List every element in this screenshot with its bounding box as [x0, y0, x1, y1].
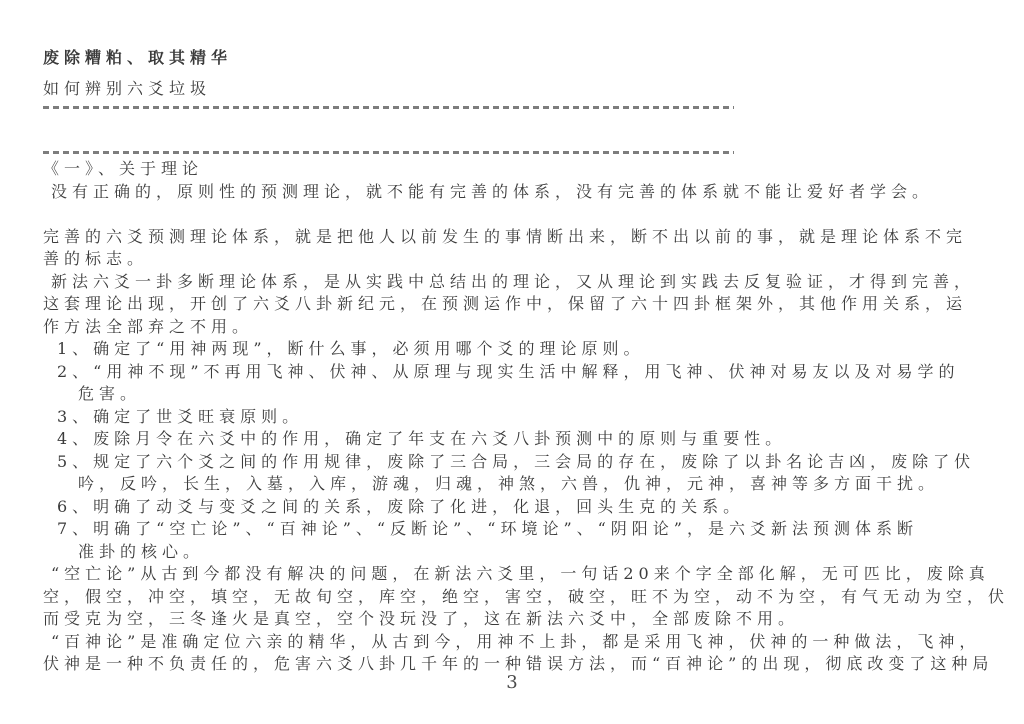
text-line: 作方法全部弃之不用。 — [43, 316, 1003, 339]
text-line: 3、确定了世爻旺衰原则。 — [43, 406, 1003, 429]
text-line: 《一》、关于理论 — [43, 158, 1003, 181]
page-number: 3 — [0, 672, 1024, 693]
text-line: 4、废除月令在六爻中的作用，确定了年支在六爻八卦预测中的原则与重要性。 — [43, 428, 1003, 451]
document-page: 废除糟粕、取其精华 如何辨别六爻垃圾 《一》、关于理论没有正确的，原则性的预测理… — [0, 0, 1024, 724]
text-line: 而受克为空，三冬逢火是真空，空个没玩没了，这在新法六爻中，全部废除不用。 — [43, 608, 1003, 631]
document-header: 废除糟粕、取其精华 如何辨别六爻垃圾 — [43, 42, 232, 104]
text-line: 善的标志。 — [43, 248, 1003, 271]
text-line: 6、明确了动爻与变爻之间的关系，废除了化进，化退，回头生克的关系。 — [43, 496, 1003, 519]
header-title-line-1: 废除糟粕、取其精华 — [43, 42, 232, 73]
text-line: 7、明确了“空亡论”、“百神论”、“反断论”、“环境论”、“阴阳论”，是六爻新法… — [43, 518, 1003, 541]
text-line — [43, 203, 1003, 226]
text-line: 2、“用神不现”不再用飞神、伏神、从原理与现实生活中解释，用飞神、伏神对易友以及… — [43, 361, 1003, 384]
text-line: 这套理论出现，开创了六爻八卦新纪元，在预测运作中，保留了六十四卦框架外，其他作用… — [43, 293, 1003, 316]
content-lines: 《一》、关于理论没有正确的，原则性的预测理论，就不能有完善的体系，没有完善的体系… — [43, 158, 1003, 676]
text-line: 完善的六爻预测理论体系，就是把他人以前发生的事情断出来，断不出以前的事，就是理论… — [43, 226, 1003, 249]
text-line: 新法六爻一卦多断理论体系，是从实践中总结出的理论，又从理论到实践去反复验证，才得… — [43, 271, 1003, 294]
dashed-divider-bottom — [43, 151, 734, 154]
text-line: 危害。 — [43, 383, 1003, 406]
header-title-line-2: 如何辨别六爻垃圾 — [43, 73, 232, 104]
text-line: “百神论”是准确定位六亲的精华，从古到今，用神不上卦，都是采用飞神，伏神的一种做… — [43, 631, 1003, 654]
text-line: 准卦的核心。 — [43, 541, 1003, 564]
text-line: 吟，反吟，长生，入墓，入库，游魂，归魂，神煞，六兽，仇神，元神，喜神等多方面干扰… — [43, 473, 1003, 496]
text-line: 1、确定了“用神两现”，断什么事，必须用哪个爻的理论原则。 — [43, 338, 1003, 361]
text-line: “空亡论”从古到今都没有解决的问题，在新法六爻里，一句话20来个字全部化解，无可… — [43, 563, 1003, 586]
dashed-divider-top — [43, 106, 734, 109]
text-line: 没有正确的，原则性的预测理论，就不能有完善的体系，没有完善的体系就不能让爱好者学… — [43, 181, 1003, 204]
text-line: 空，假空，冲空，填空，无故旬空，库空，绝空，害空，破空，旺不为空，动不为空，有气… — [43, 586, 1003, 609]
text-line: 5、规定了六个爻之间的作用规律，废除了三合局，三会局的存在，废除了以卦名论吉凶，… — [43, 451, 1003, 474]
